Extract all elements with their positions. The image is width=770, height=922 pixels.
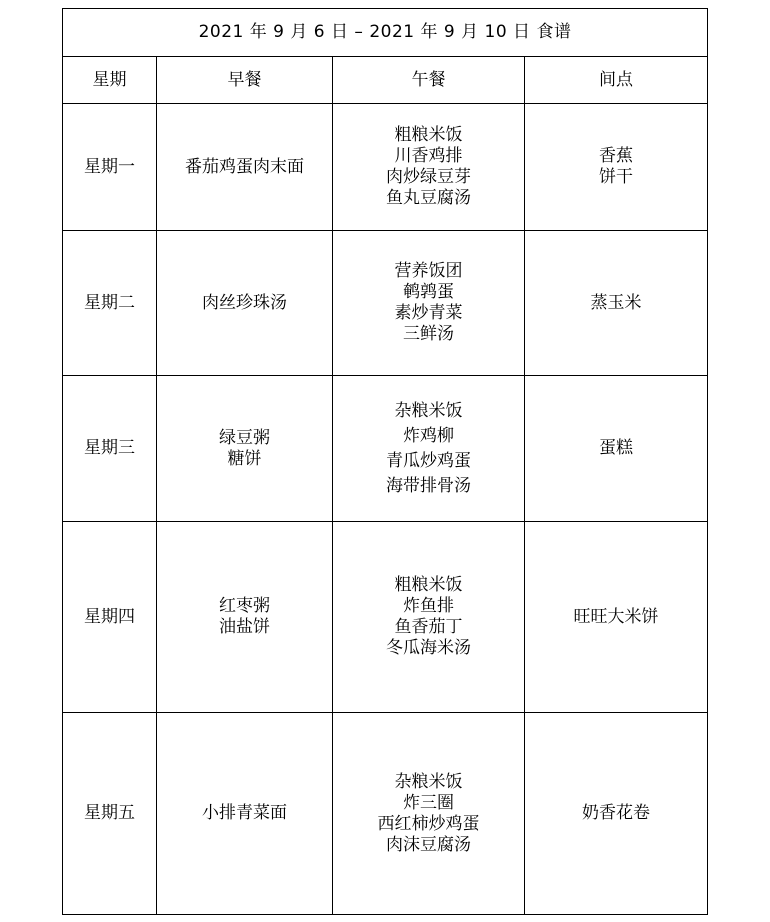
snack-cell: 奶香花卷 xyxy=(525,713,708,915)
column-header-snack: 间点 xyxy=(525,57,708,104)
lunch-cell: 粗粮米饭 炸鱼排 鱼香茄丁 冬瓜海米汤 xyxy=(333,522,525,713)
lunch-item: 鹌鹑蛋 xyxy=(333,282,524,303)
lunch-cell: 营养饭团 鹌鹑蛋 素炒青菜 三鲜汤 xyxy=(333,231,525,376)
snack-item: 奶香花卷 xyxy=(525,803,707,824)
day-cell: 星期一 xyxy=(63,104,157,231)
lunch-item: 西红柿炒鸡蛋 xyxy=(333,814,524,835)
lunch-item: 杂粮米饭 xyxy=(333,399,524,424)
snack-cell: 蒸玉米 xyxy=(525,231,708,376)
snack-cell: 蛋糕 xyxy=(525,376,708,522)
breakfast-item: 油盐饼 xyxy=(157,617,332,638)
breakfast-cell: 小排青菜面 xyxy=(157,713,333,915)
title-row: 2021 年 9 月 6 日 – 2021 年 9 月 10 日 食谱 xyxy=(63,9,708,57)
snack-item: 蒸玉米 xyxy=(525,293,707,314)
lunch-item: 杂粮米饭 xyxy=(333,772,524,793)
snack-item: 香蕉 xyxy=(525,146,707,167)
day-cell: 星期五 xyxy=(63,713,157,915)
lunch-item: 三鲜汤 xyxy=(333,324,524,345)
snack-item: 饼干 xyxy=(525,167,707,188)
lunch-item: 粗粮米饭 xyxy=(333,575,524,596)
lunch-item: 营养饭团 xyxy=(333,261,524,282)
lunch-item: 鱼丸豆腐汤 xyxy=(333,188,524,209)
table-row-thursday: 星期四 红枣粥 油盐饼 粗粮米饭 炸鱼排 鱼香茄丁 冬瓜海米汤 旺旺大米饼 xyxy=(63,522,708,713)
menu-table: 2021 年 9 月 6 日 – 2021 年 9 月 10 日 食谱 星期 早… xyxy=(62,8,708,915)
lunch-item: 肉沫豆腐汤 xyxy=(333,835,524,856)
lunch-cell: 粗粮米饭 川香鸡排 肉炒绿豆芽 鱼丸豆腐汤 xyxy=(333,104,525,231)
day-cell: 星期二 xyxy=(63,231,157,376)
table-row-monday: 星期一 番茄鸡蛋肉末面 粗粮米饭 川香鸡排 肉炒绿豆芽 鱼丸豆腐汤 香蕉 饼干 xyxy=(63,104,708,231)
lunch-item: 素炒青菜 xyxy=(333,303,524,324)
breakfast-cell: 番茄鸡蛋肉末面 xyxy=(157,104,333,231)
breakfast-item: 红枣粥 xyxy=(157,596,332,617)
breakfast-item: 糖饼 xyxy=(157,449,332,470)
snack-cell: 香蕉 饼干 xyxy=(525,104,708,231)
day-cell: 星期三 xyxy=(63,376,157,522)
column-header-day: 星期 xyxy=(63,57,157,104)
lunch-item: 炸鸡柳 xyxy=(333,424,524,449)
snack-item: 蛋糕 xyxy=(525,438,707,459)
table-row-tuesday: 星期二 肉丝珍珠汤 营养饭团 鹌鹑蛋 素炒青菜 三鲜汤 蒸玉米 xyxy=(63,231,708,376)
lunch-item: 炸三圈 xyxy=(333,793,524,814)
lunch-item: 青瓜炒鸡蛋 xyxy=(333,449,524,474)
lunch-cell: 杂粮米饭 炸鸡柳 青瓜炒鸡蛋 海带排骨汤 xyxy=(333,376,525,522)
snack-cell: 旺旺大米饼 xyxy=(525,522,708,713)
breakfast-item: 绿豆粥 xyxy=(157,428,332,449)
lunch-cell: 杂粮米饭 炸三圈 西红柿炒鸡蛋 肉沫豆腐汤 xyxy=(333,713,525,915)
lunch-item: 粗粮米饭 xyxy=(333,125,524,146)
header-row: 星期 早餐 午餐 间点 xyxy=(63,57,708,104)
breakfast-item: 小排青菜面 xyxy=(157,803,332,824)
lunch-item: 川香鸡排 xyxy=(333,146,524,167)
menu-title: 2021 年 9 月 6 日 – 2021 年 9 月 10 日 食谱 xyxy=(63,9,708,57)
column-header-lunch: 午餐 xyxy=(333,57,525,104)
snack-item: 旺旺大米饼 xyxy=(525,607,707,628)
column-header-breakfast: 早餐 xyxy=(157,57,333,104)
day-cell: 星期四 xyxy=(63,522,157,713)
lunch-item: 冬瓜海米汤 xyxy=(333,638,524,659)
lunch-item: 肉炒绿豆芽 xyxy=(333,167,524,188)
breakfast-cell: 肉丝珍珠汤 xyxy=(157,231,333,376)
breakfast-item: 肉丝珍珠汤 xyxy=(157,293,332,314)
breakfast-cell: 红枣粥 油盐饼 xyxy=(157,522,333,713)
lunch-item: 海带排骨汤 xyxy=(333,474,524,499)
breakfast-item: 番茄鸡蛋肉末面 xyxy=(157,157,332,178)
breakfast-cell: 绿豆粥 糖饼 xyxy=(157,376,333,522)
lunch-item: 鱼香茄丁 xyxy=(333,617,524,638)
table-row-friday: 星期五 小排青菜面 杂粮米饭 炸三圈 西红柿炒鸡蛋 肉沫豆腐汤 奶香花卷 xyxy=(63,713,708,915)
lunch-item: 炸鱼排 xyxy=(333,596,524,617)
table-row-wednesday: 星期三 绿豆粥 糖饼 杂粮米饭 炸鸡柳 青瓜炒鸡蛋 海带排骨汤 蛋糕 xyxy=(63,376,708,522)
